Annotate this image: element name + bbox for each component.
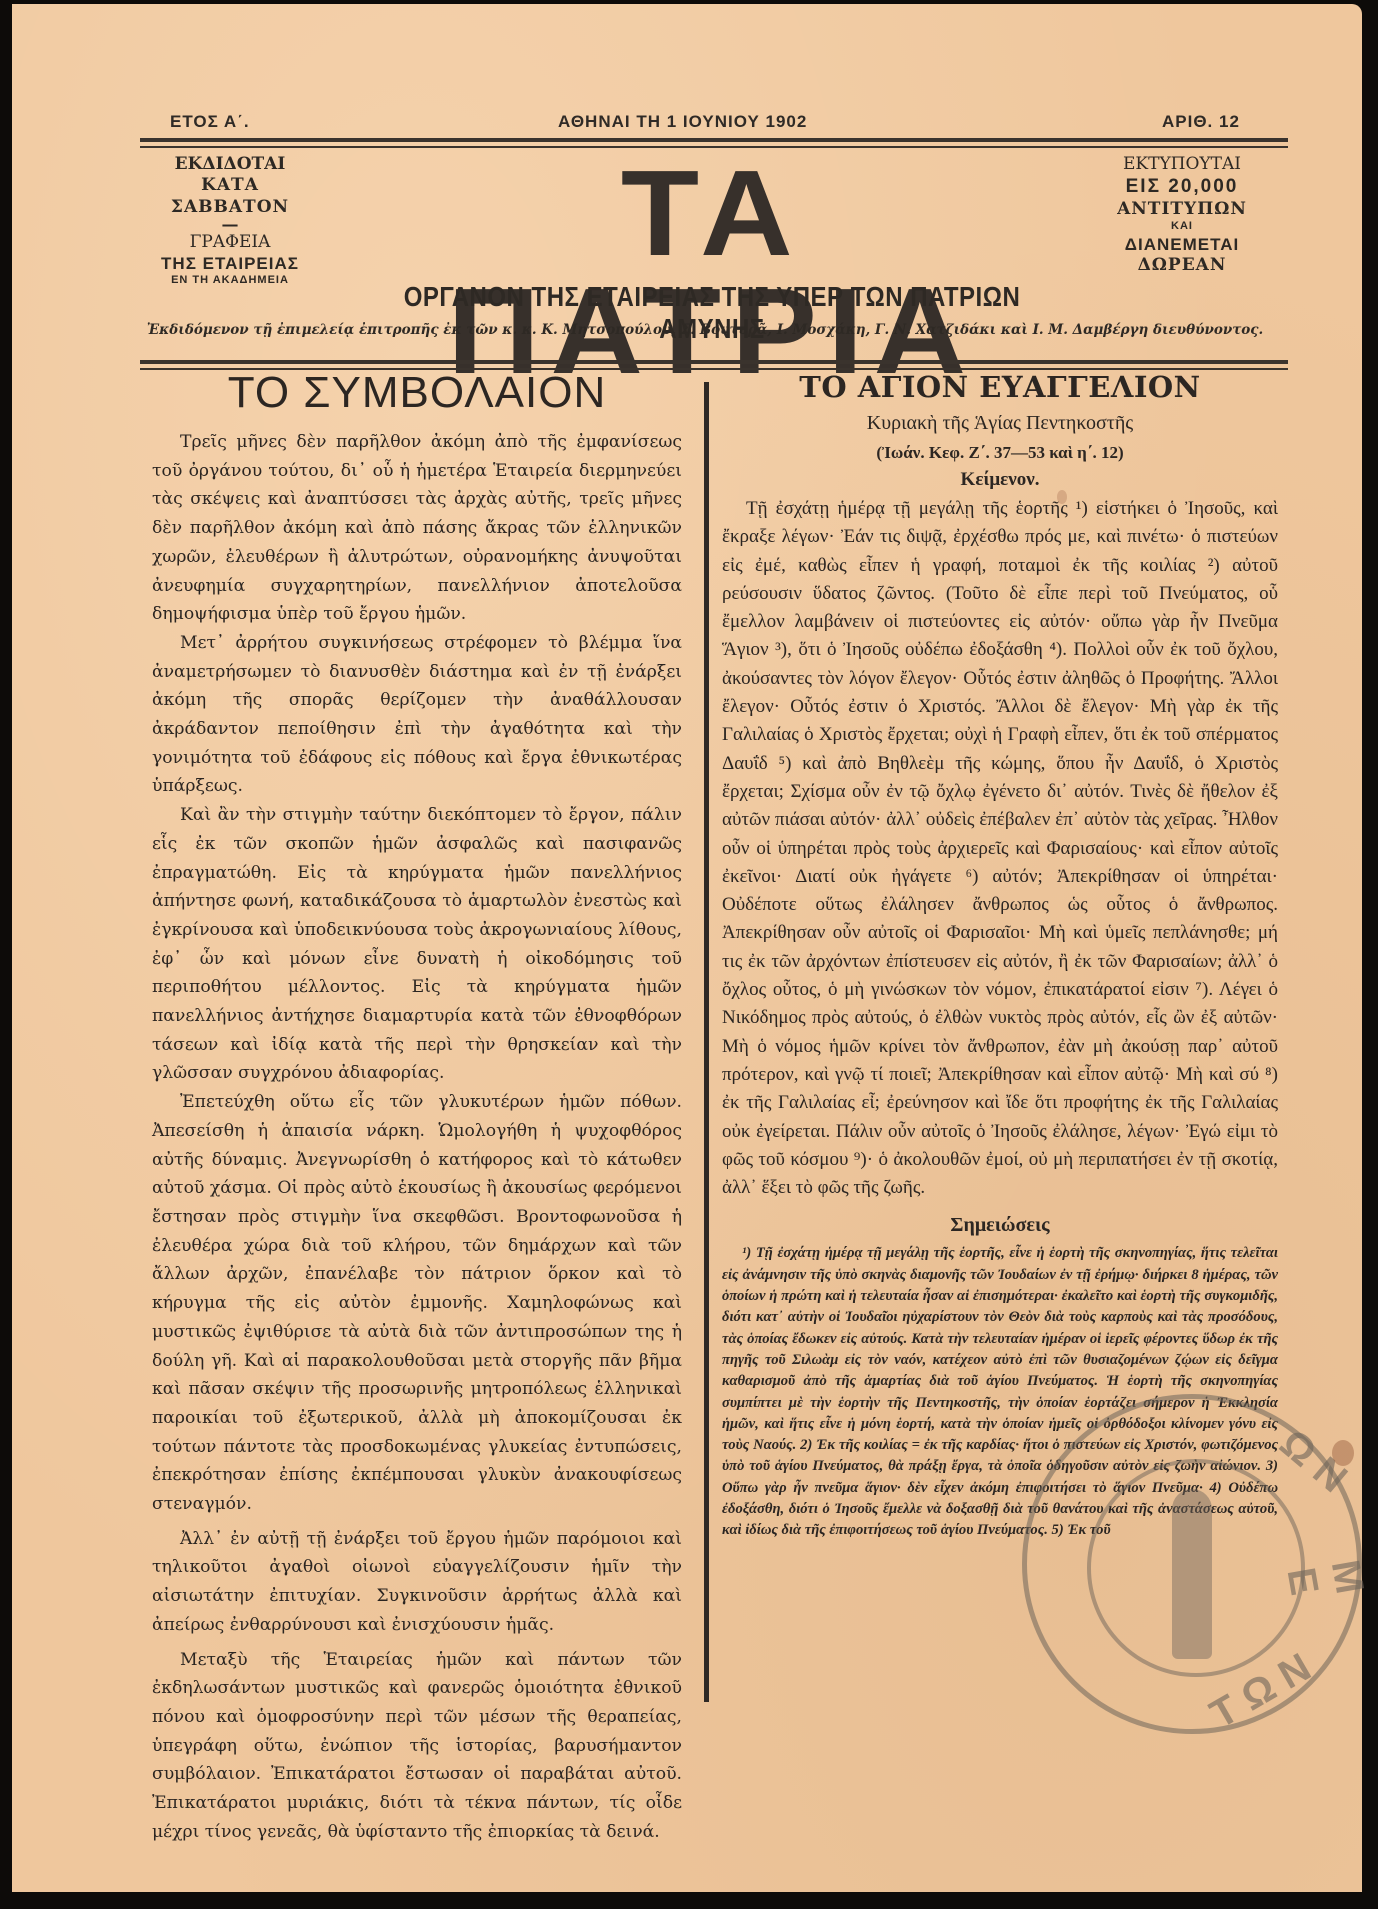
distributed-label: ΔΙΑΝΕΜΕΤΑΙ <box>1094 234 1270 255</box>
paper-stain <box>1332 1440 1354 1466</box>
article-body: Τρεῖς μῆνες δὲν παρῆλθον ἀκόμη ἀπὸ τῆς ἐ… <box>152 428 682 1846</box>
article-gospel: ΤΟ ΑΓΙΟΝ ΕΥΑΓΓΕΛΙΟΝ Κυριακὴ τῆς Ἁγίας Πε… <box>722 370 1278 1542</box>
and-label: ΚΑΙ <box>1094 220 1270 234</box>
article-symvolaion: ΤΟ ΣΥΜΒΟΛΑΙΟΝ Τρεῖς μῆνες δὲν παρῆλθον ἀ… <box>152 368 682 1846</box>
copies-label: ΑΝΤΙΤΥΠΩΝ <box>1094 199 1270 220</box>
issue-number: ΑΡΙΘ. 12 <box>1162 112 1240 132</box>
weekly-label: ΚΑΤΑ ΣΑΒΒΑΤΟΝ <box>142 175 318 218</box>
article-subtitle: Κυριακὴ τῆς Ἁγίας Πεντηκοστῆς <box>722 412 1278 435</box>
editors-line: Ἐκδιδόμενον τῇ ἐπιμελείᾳ ἐπιτροπῆς ἐκ τῶ… <box>130 322 1280 338</box>
paragraph: Μεταξὺ τῆς Ἑταιρείας ἡμῶν καὶ πάντων τῶν… <box>152 1646 682 1847</box>
paragraph: Ἀλλ᾿ ἐν αὐτῇ τῇ ἐνάρξει τοῦ ἔργου ἡμῶν π… <box>152 1525 682 1640</box>
printed-label: ΕΚΤΥΠΟΥΤΑΙ <box>1094 154 1270 175</box>
paragraph: Μετ᾿ ἀρρήτου συγκινήσεως στρέφομεν τὸ βλ… <box>152 629 682 801</box>
info-dash: — <box>142 218 318 232</box>
dateline: ΑΘΗΝΑΙ ΤΗ 1 ΙΟΥΝΙΟΥ 1902 <box>558 112 807 132</box>
section-heading: Κείμενον. <box>722 469 1278 491</box>
article-title: ΤΟ ΑΓΙΟΝ ΕΥΑΓΓΕΛΙΟΝ <box>722 370 1278 404</box>
masthead-title: ΤΑ ΠΑΤΡΙΑ <box>334 154 1090 390</box>
paper-stain <box>1057 490 1067 504</box>
circulation-info-block: ΕΚΤΥΠΟΥΤΑΙ ΕΙΣ 20,000 ΑΝΤΙΤΥΠΩΝ ΚΑΙ ΔΙΑΝ… <box>1094 154 1270 277</box>
gospel-text: Τῇ ἐσχάτῃ ἡμέρᾳ τῇ μεγάλῃ τῆς ἑορτῆς ¹) … <box>722 495 1278 1202</box>
column-divider <box>704 382 709 1702</box>
article-title: ΤΟ ΣΥΜΒΟΛΑΙΟΝ <box>152 368 682 418</box>
scripture-reference: (Ἰωάν. Κεφ. Ζ΄. 37—53 καὶ η΄. 12) <box>722 443 1278 463</box>
published-label: ΕΚΔΙΔΟΤΑΙ <box>142 154 318 175</box>
society-label: ΤΗΣ ΕΤΑΙΡΕΙΑΣ <box>142 253 318 274</box>
year-label: ΕΤΟΣ Α΄. <box>170 112 250 132</box>
stamp-figure-icon <box>1172 1489 1212 1659</box>
archive-stamp: Ω Ν Μ Ε Τ Ω Ν <box>1022 1394 1362 1734</box>
paragraph: Τρεῖς μῆνες δὲν παρῆλθον ἀκόμη ἀπὸ τῆς ἐ… <box>152 428 682 629</box>
offices-label: ΓΡΑΦΕΙΑ <box>142 232 318 253</box>
newspaper-page: ΕΤΟΣ Α΄. ΑΘΗΝΑΙ ΤΗ 1 ΙΟΥΝΙΟΥ 1902 ΑΡΙΘ. … <box>12 4 1362 1892</box>
paragraph: Καὶ ἂν τὴν στιγμὴν ταύτην διεκόπτομεν τὸ… <box>152 801 682 1088</box>
paragraph: Τῇ ἐσχάτῃ ἡμέρᾳ τῇ μεγάλῃ τῆς ἑορτῆς ¹) … <box>722 495 1278 1202</box>
copies-count: ΕΙΣ 20,000 <box>1094 175 1270 199</box>
notes-heading: Σημειώσεις <box>722 1214 1278 1237</box>
publication-info-block: ΕΚΔΙΔΟΤΑΙ ΚΑΤΑ ΣΑΒΒΑΤΟΝ — ΓΡΑΦΕΙΑ ΤΗΣ ΕΤ… <box>142 154 318 288</box>
academy-label: ΕΝ ΤΗ ΑΚΑΔΗΜΕΙΑ <box>142 274 318 288</box>
paragraph: Ἐπετεύχθη οὕτω εἷς τῶν γλυκυτέρων ἡμῶν π… <box>152 1088 682 1519</box>
free-label: ΔΩΡΕΑΝ <box>1094 255 1270 276</box>
